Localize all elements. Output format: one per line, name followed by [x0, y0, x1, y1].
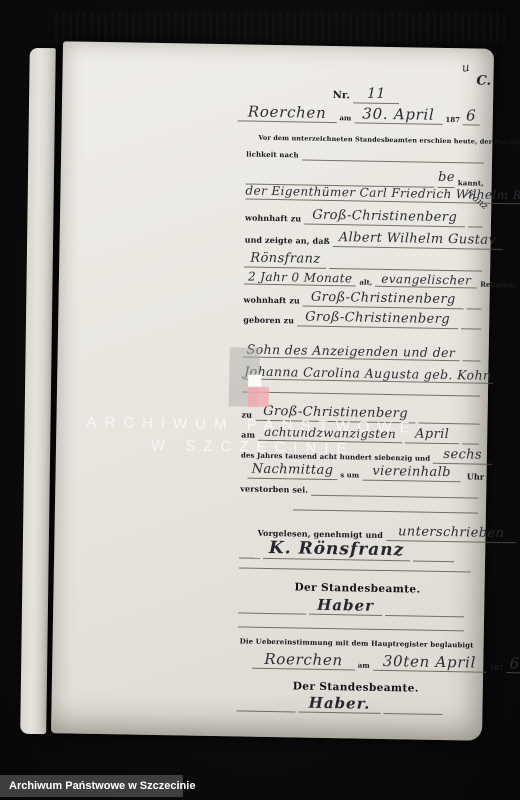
- rule-fill: [302, 157, 484, 163]
- declarant-line: der Eigenthümer Carl Friedrich Wilhelm R…: [245, 184, 483, 204]
- printed-text: verstorben sei.: [240, 484, 308, 495]
- handwritten-text: Groß-Christinenberg: [304, 209, 465, 227]
- preamble-line-1: Vor dem unterzeichneten Standesbeamten e…: [258, 135, 486, 147]
- handwritten-text: Albert Wilhelm Gustav: [333, 231, 503, 250]
- deceased-name-line: Rönsfranz: [244, 251, 482, 271]
- declarant-signature-line: K. Rönsfranz: [239, 538, 475, 562]
- handwritten-text: evangelischer: [375, 273, 477, 289]
- corner-annotation-letter: C.: [476, 74, 491, 89]
- rule-fill: [239, 565, 471, 572]
- handwritten-text: 11: [353, 86, 400, 103]
- handwritten-text: Roerchen: [252, 651, 355, 671]
- parents-line-1: Sohn des Anzeigenden und der: [243, 342, 481, 361]
- birthplace-line: geboren zuGroß-Christinenberg: [243, 309, 481, 329]
- printed-text: Vor dem unterzeichneten Standesbeamten e…: [258, 135, 520, 148]
- printed-text: s um: [340, 471, 359, 480]
- rule-fill: [462, 441, 479, 444]
- corner-annotation-mark: u: [461, 60, 470, 75]
- printed-text: Nr.: [333, 90, 350, 102]
- printed-text: 187: [489, 664, 504, 673]
- handwritten-text: Johanna Carolina Augusta geb. Kohn: [242, 364, 493, 383]
- handwritten-text: Groß-Christinenberg: [297, 310, 458, 328]
- death-time-line: Nachmittags umviereinhalbUhr: [247, 463, 478, 483]
- handwritten-text: Haber: [309, 597, 382, 616]
- printed-text: alt,: [359, 278, 372, 287]
- parents-line-2: Johanna Carolina Augusta geb. Kohn: [242, 364, 480, 383]
- handwritten-text: sechs: [433, 448, 492, 465]
- printed-text: Der Standesbeamte.: [294, 582, 420, 597]
- archive-label: Archiwum Państwowe w Szczecinie: [0, 775, 183, 797]
- handwritten-text: 6: [507, 655, 520, 673]
- printed-text: geboren zu: [243, 315, 294, 326]
- certification-date-line: Roerchenam30ten April1876: [252, 651, 471, 673]
- rule-fill: [385, 613, 464, 617]
- rule-fill: [236, 708, 295, 712]
- handwritten-text: Rönsfranz: [244, 251, 327, 268]
- age-religion-line: 2 Jahr 0 Monatealt,evangelischerReligion…: [244, 270, 482, 289]
- handwritten-text: be: [438, 171, 455, 188]
- registrar-signature-1: Haber: [238, 595, 464, 617]
- handwritten-text: Roerchen: [238, 103, 337, 123]
- preamble-line-2: lichkeit nach: [246, 151, 484, 164]
- rule-fill: [329, 266, 482, 272]
- rule-fill: [238, 610, 306, 614]
- handwritten-text: Nachmittag: [247, 463, 337, 480]
- watermark-logo-pink: [248, 387, 269, 407]
- printed-text: Die Uebereinstimmung mit dem Hauptregist…: [240, 637, 474, 650]
- report-line: und zeigte an, daßAlbert Wilhelm Gustav: [245, 229, 483, 249]
- blank-rule-2: [293, 507, 478, 513]
- residence-line-2: wohnhaft zuGroß-Christinenberg: [243, 289, 481, 309]
- rule-fill: [239, 555, 260, 558]
- printed-text: Uhr: [467, 472, 484, 482]
- rule-fill: [419, 420, 480, 424]
- watermark-text-line2: W SZCZECINIE: [151, 437, 355, 458]
- blank-rule-3: [239, 565, 471, 572]
- blank-rule-4: [238, 624, 464, 631]
- handwritten-text: unterschrieben: [386, 525, 517, 543]
- printed-text: Religion,: [480, 280, 515, 289]
- handwritten-text: 30. April: [354, 105, 442, 124]
- rule-fill: [242, 389, 480, 396]
- registrar-signature-2: Haber.: [236, 693, 442, 714]
- certification-line: Die Uebereinstimmung mit dem Hauptregist…: [238, 637, 476, 650]
- printed-text: 187: [445, 116, 460, 125]
- place-date-line: Roerchenam30. April1876: [238, 103, 475, 125]
- handwritten-text: 6: [463, 107, 480, 125]
- printed-text: lichkeit nach: [246, 151, 299, 161]
- handwritten-text: Groß-Christinenberg: [303, 291, 464, 309]
- handwritten-text: 30ten April: [373, 653, 487, 673]
- handwritten-text: K. Rönsfranz: [263, 539, 411, 562]
- printed-text: wohnhaft zu: [243, 295, 299, 306]
- residence-line-1: wohnhaft zuGroß-Christinenberg: [245, 207, 483, 227]
- document-page: Nr.11Roerchenam30. April1876Vor dem unte…: [51, 41, 494, 740]
- handwritten-text: 2 Jahr 0 Monate: [244, 270, 357, 286]
- blank-rule-1: [242, 389, 480, 396]
- rule-fill: [238, 624, 464, 631]
- rule-fill: [467, 306, 482, 309]
- verstorben-line: verstorben sei.: [240, 484, 478, 498]
- printed-text: am: [358, 661, 370, 670]
- adjacent-page-edge: [20, 48, 56, 734]
- printed-text: und zeigte an, daß: [245, 235, 330, 246]
- rule-fill: [383, 711, 442, 715]
- printed-text: wohnhaft zu: [245, 213, 301, 224]
- rule-fill: [311, 493, 478, 499]
- printed-text: am: [339, 114, 351, 123]
- rule-fill: [293, 507, 478, 513]
- handwritten-text: Sohn des Anzeigenden und der: [243, 342, 460, 361]
- handwritten-text: Haber.: [299, 695, 381, 714]
- rule-fill: [413, 559, 454, 563]
- rule-fill: [462, 358, 481, 361]
- scan-viewport: Nr.11Roerchenam30. April1876Vor dem unte…: [0, 0, 520, 800]
- book-binding-texture: [55, 12, 505, 44]
- rule-fill: [468, 224, 483, 227]
- handwritten-text: viereinhalb: [362, 465, 461, 482]
- rule-fill: [461, 326, 481, 329]
